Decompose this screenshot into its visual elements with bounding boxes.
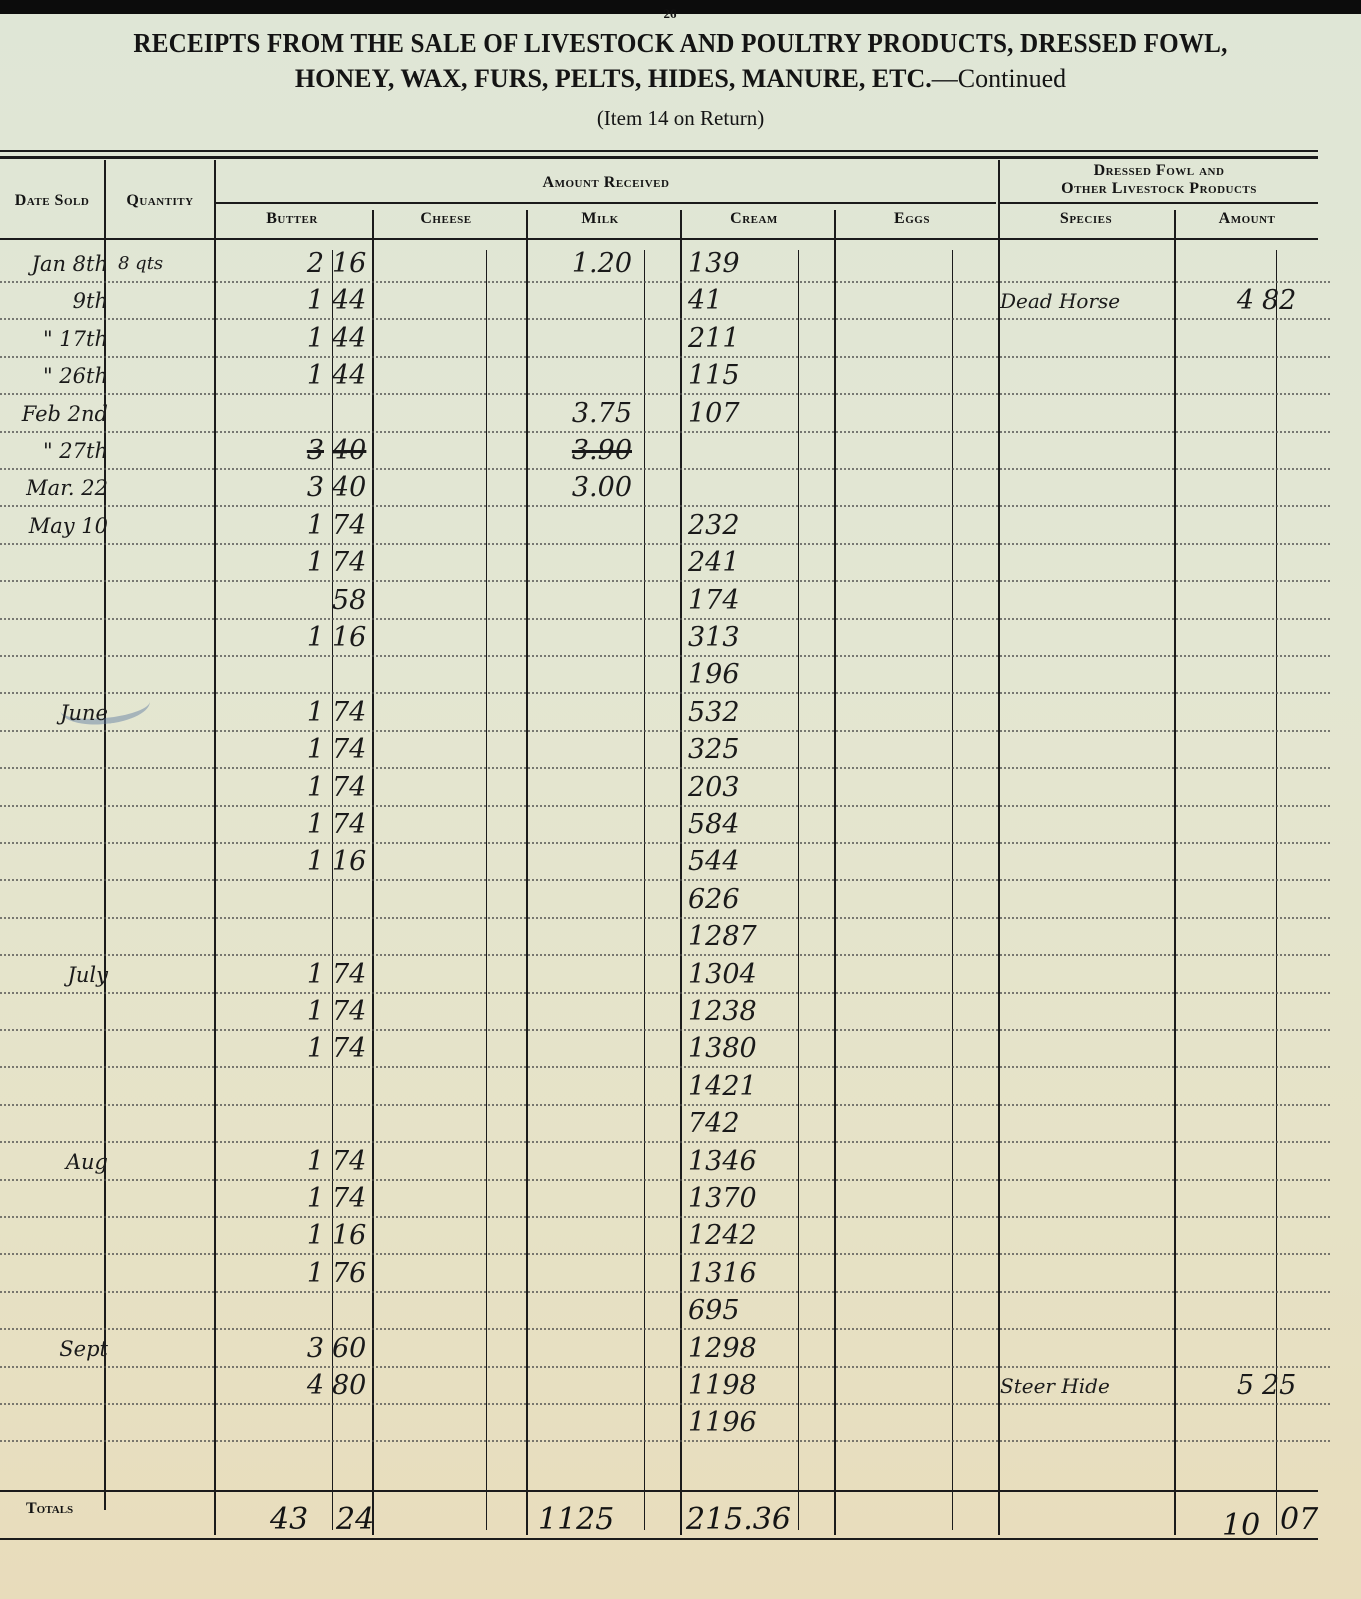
butter-dollars-cell: 4 <box>222 1369 332 1403</box>
totals-amount-cents: 07 <box>1280 1502 1318 1537</box>
table-row: June174532 <box>0 695 1330 732</box>
cream-cell: 232 <box>682 509 798 543</box>
species-cell: Dead Horse <box>1000 284 1160 318</box>
milk-cell: 3.00 <box>526 471 638 505</box>
butter-cents-cell: 16 <box>332 1219 372 1253</box>
cream-cell: 1198 <box>682 1369 798 1403</box>
table-row: 116544 <box>0 844 1330 881</box>
butter-dollars-cell: 1 <box>222 621 332 655</box>
table-row: 1741238 <box>0 994 1330 1031</box>
table-row: 174203 <box>0 770 1330 807</box>
header-cream: Cream <box>680 210 828 228</box>
amount-cents-cell: 82 <box>1262 284 1322 318</box>
form-title-continued: —Continued <box>932 64 1066 93</box>
date-cell: May 10 <box>4 509 108 543</box>
butter-cents-cell: 40 <box>332 434 372 468</box>
form-title-line-2: HONEY, WAX, FURS, PELTS, HIDES, MANURE, … <box>0 64 1361 94</box>
table-row: 1741370 <box>0 1181 1330 1218</box>
butter-cents-cell: 16 <box>332 621 372 655</box>
table-row: 116313 <box>0 620 1330 657</box>
date-cell: July <box>4 958 108 992</box>
header-species: Species <box>1000 210 1172 228</box>
amount-dollars-cell: 4 <box>1160 284 1260 318</box>
header-butter: Butter <box>218 210 366 228</box>
butter-cents-cell: 74 <box>332 509 372 543</box>
cream-cell: 1238 <box>682 995 798 1029</box>
cream-cell: 325 <box>682 733 798 767</box>
table-row: Sept3601298 <box>0 1331 1330 1368</box>
butter-dollars-cell: 3 <box>222 1332 332 1366</box>
butter-dollars-cell: 3 <box>222 434 332 468</box>
butter-dollars-cell: 1 <box>222 359 332 393</box>
form-title-line-2-main: HONEY, WAX, FURS, PELTS, HIDES, MANURE, … <box>295 64 932 93</box>
date-cell: " 27th <box>4 434 108 468</box>
header-dressed-fowl-line-1: Dressed Fowl and <box>1000 162 1318 180</box>
table-row: 58174 <box>0 583 1330 620</box>
table-row: Feb 2nd3.75107 <box>0 396 1330 433</box>
table-row: 742 <box>0 1106 1330 1143</box>
cream-cell: 1380 <box>682 1032 798 1066</box>
header-amount: Amount <box>1176 210 1318 228</box>
cream-cell: 626 <box>682 883 798 917</box>
table-row: Jan 8th8 qts2161.20139 <box>0 246 1330 283</box>
table-row: 1287 <box>0 919 1330 956</box>
cream-cell: 1242 <box>682 1219 798 1253</box>
date-cell: 9th <box>4 284 108 318</box>
butter-dollars-cell: 1 <box>222 284 332 318</box>
table-row: 1196 <box>0 1405 1330 1442</box>
table-row: May 10174232 <box>0 508 1330 545</box>
cream-cell: 196 <box>682 658 798 692</box>
butter-cents-cell: 44 <box>332 284 372 318</box>
header-dressed-fowl: Dressed Fowl and Other Livestock Product… <box>1000 162 1318 198</box>
totals-milk: 1125 <box>538 1502 614 1537</box>
butter-cents-cell: 74 <box>332 546 372 580</box>
milk-cell: 3.75 <box>526 397 638 431</box>
cream-cell: 584 <box>682 808 798 842</box>
cream-cell: 1196 <box>682 1406 798 1440</box>
butter-cents-cell: 44 <box>332 359 372 393</box>
cream-cell: 241 <box>682 546 798 580</box>
butter-dollars-cell: 1 <box>222 509 332 543</box>
butter-dollars-cell: 1 <box>222 771 332 805</box>
table-row: " 27th3403.90 <box>0 433 1330 470</box>
butter-dollars-cell: 1 <box>222 322 332 356</box>
header-rule-bottom <box>0 238 1318 240</box>
totals-butter-dollars: 43 <box>270 1502 308 1537</box>
header-quantity: Quantity <box>106 192 214 210</box>
cream-cell: 532 <box>682 696 798 730</box>
date-cell: " 17th <box>4 322 108 356</box>
species-cell: Steer Hide <box>1000 1369 1160 1403</box>
butter-cents-cell: 74 <box>332 1182 372 1216</box>
cream-cell: 1421 <box>682 1070 798 1104</box>
cream-cell: 1298 <box>682 1332 798 1366</box>
cream-cell: 107 <box>682 397 798 431</box>
cream-cell: 695 <box>682 1294 798 1328</box>
milk-cell: 3.90 <box>526 434 638 468</box>
butter-dollars-cell: 3 <box>222 471 332 505</box>
form-subtitle: (Item 14 on Return) <box>0 106 1361 131</box>
table-row: 4801198Steer Hide525 <box>0 1368 1330 1405</box>
butter-cents-cell: 76 <box>332 1257 372 1291</box>
butter-cents-cell: 74 <box>332 733 372 767</box>
table-row: 1421 <box>0 1069 1330 1106</box>
totals-cream: 215.36 <box>686 1502 791 1537</box>
date-cell: Mar. 22 <box>4 471 108 505</box>
butter-cents-cell: 74 <box>332 771 372 805</box>
table-row: 695 <box>0 1293 1330 1330</box>
cream-cell: 1346 <box>682 1145 798 1179</box>
date-cell: June <box>4 696 108 730</box>
butter-dollars-cell: 1 <box>222 995 332 1029</box>
cream-cell: 1370 <box>682 1182 798 1216</box>
date-cell: " 26th <box>4 359 108 393</box>
cream-cell: 1304 <box>682 958 798 992</box>
amount-cents-cell: 25 <box>1262 1369 1322 1403</box>
butter-cents-cell: 44 <box>332 322 372 356</box>
quantity-cell: 8 qts <box>118 247 208 281</box>
totals-rule-top <box>0 1490 1318 1492</box>
butter-dollars-cell: 1 <box>222 1145 332 1179</box>
table-row: 1161242 <box>0 1218 1330 1255</box>
header-dressed-fowl-line-2: Other Livestock Products <box>1000 180 1318 198</box>
table-row: 196 <box>0 657 1330 694</box>
cream-cell: 1316 <box>682 1257 798 1291</box>
butter-cents-cell: 74 <box>332 1032 372 1066</box>
totals-label: Totals <box>26 1500 73 1518</box>
amount-received-rule <box>216 202 996 204</box>
cream-cell: 174 <box>682 584 798 618</box>
butter-dollars-cell: 1 <box>222 958 332 992</box>
header-rule-top <box>0 150 1318 152</box>
butter-cents-cell: 60 <box>332 1332 372 1366</box>
butter-cents-cell: 74 <box>332 808 372 842</box>
amount-dollars-cell: 5 <box>1160 1369 1260 1403</box>
date-cell: Feb 2nd <box>4 397 108 431</box>
header-amount-received: Amount Received <box>216 174 996 192</box>
cream-cell: 115 <box>682 359 798 393</box>
butter-cents-cell: 74 <box>332 1145 372 1179</box>
form-title-line-1: RECEIPTS FROM THE SALE OF LIVESTOCK AND … <box>48 28 1314 59</box>
butter-dollars-cell: 1 <box>222 733 332 767</box>
butter-dollars-cell: 1 <box>222 546 332 580</box>
table-row: " 17th144211 <box>0 321 1330 358</box>
cream-cell: 41 <box>682 284 798 318</box>
header-date-sold: Date Sold <box>0 192 104 210</box>
cream-cell: 139 <box>682 247 798 281</box>
butter-cents-cell: 16 <box>332 247 372 281</box>
table-row: 174241 <box>0 545 1330 582</box>
table-row: 174584 <box>0 807 1330 844</box>
cream-cell: 544 <box>682 845 798 879</box>
butter-cents-cell: 40 <box>332 471 372 505</box>
butter-dollars-cell: 2 <box>222 247 332 281</box>
butter-cents-cell: 16 <box>332 845 372 879</box>
butter-dollars-cell: 1 <box>222 808 332 842</box>
table-row: 1741380 <box>0 1031 1330 1068</box>
date-cell: Jan 8th <box>4 247 108 281</box>
header-cheese: Cheese <box>372 210 520 228</box>
butter-cents-cell: 80 <box>332 1369 372 1403</box>
date-cell: Sept <box>4 1332 108 1366</box>
header-milk: Milk <box>526 210 674 228</box>
table-row: 9th14441Dead Horse482 <box>0 283 1330 320</box>
header-rule-top-2 <box>0 156 1318 159</box>
cream-cell: 742 <box>682 1107 798 1141</box>
butter-cents-cell: 74 <box>332 696 372 730</box>
header-eggs: Eggs <box>834 210 990 228</box>
butter-dollars-cell: 1 <box>222 1182 332 1216</box>
date-cell: Aug <box>4 1145 108 1179</box>
cream-cell: 1287 <box>682 920 798 954</box>
butter-cents-cell: 58 <box>332 584 372 618</box>
dotted-rule <box>0 1440 1330 1442</box>
table-row: Mar. 223403.00 <box>0 470 1330 507</box>
table-row: Aug1741346 <box>0 1144 1330 1181</box>
cream-cell: 313 <box>682 621 798 655</box>
cream-cell: 211 <box>682 322 798 356</box>
milk-cell: 1.20 <box>526 247 638 281</box>
table-row: July1741304 <box>0 957 1330 994</box>
butter-dollars-cell: 1 <box>222 1257 332 1291</box>
butter-dollars-cell: 1 <box>222 696 332 730</box>
table-row: " 26th144115 <box>0 358 1330 395</box>
table-row: 174325 <box>0 732 1330 769</box>
cream-cell: 203 <box>682 771 798 805</box>
butter-cents-cell: 74 <box>332 995 372 1029</box>
butter-dollars-cell: 1 <box>222 1032 332 1066</box>
butter-dollars-cell: 1 <box>222 1219 332 1253</box>
table-row: 626 <box>0 882 1330 919</box>
page-number: 26 <box>640 6 700 22</box>
totals-rule-bottom <box>0 1538 1318 1540</box>
totals-butter-cents: 24 <box>336 1502 374 1537</box>
dressed-fowl-rule <box>1000 202 1318 204</box>
butter-cents-cell: 74 <box>332 958 372 992</box>
butter-dollars-cell: 1 <box>222 845 332 879</box>
table-row: 1761316 <box>0 1256 1330 1293</box>
